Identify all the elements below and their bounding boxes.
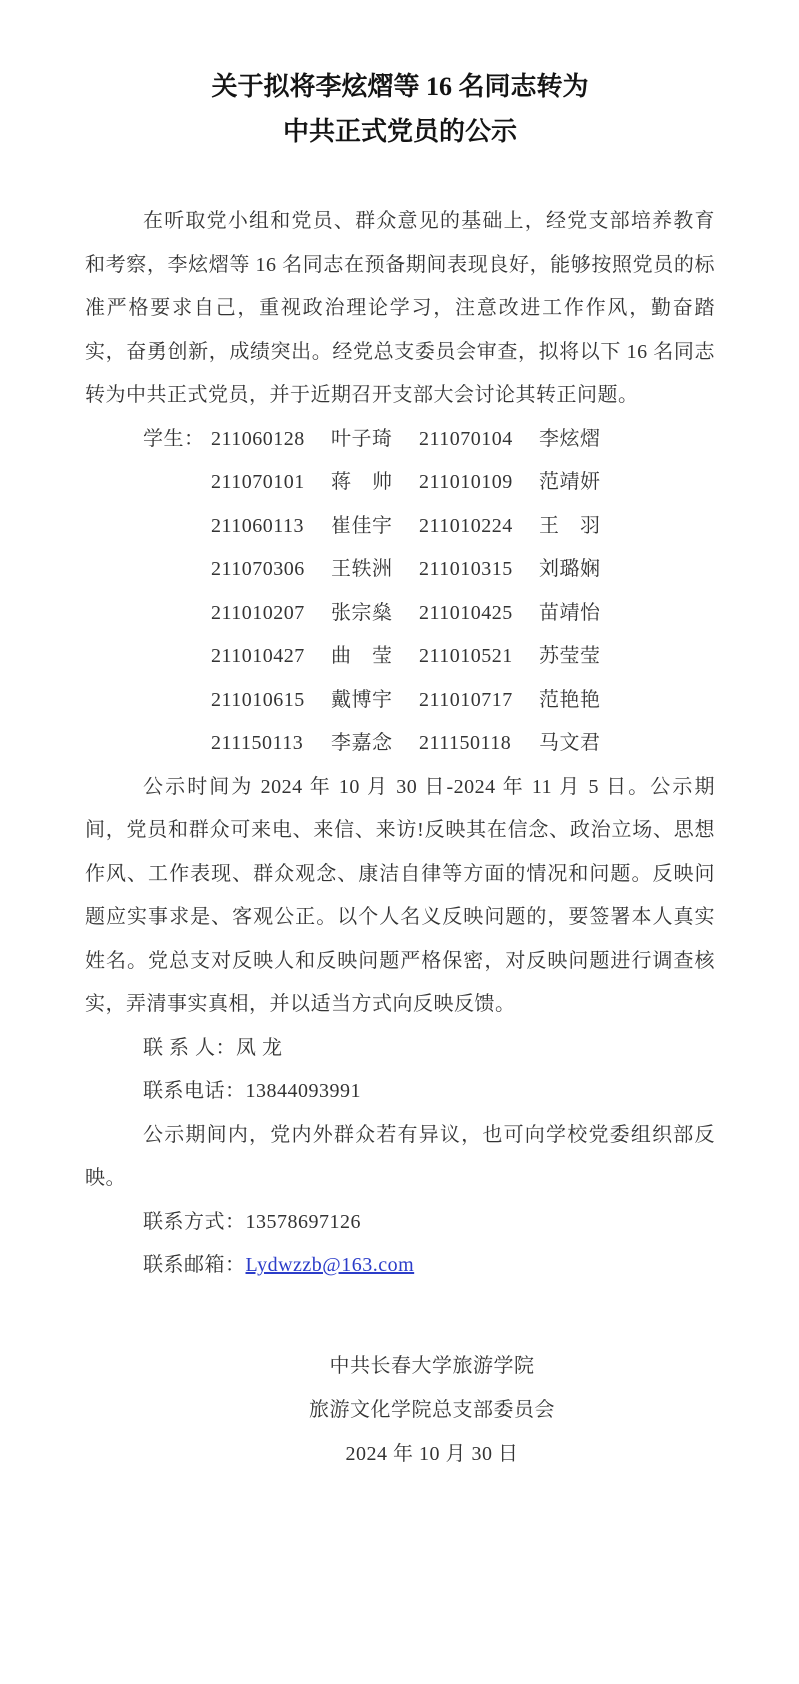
student-id: 211060128 [211, 418, 331, 462]
student-list: 学生： 211060128 叶子琦 211070104 李炫熠 21107010… [143, 418, 715, 766]
student-id: 211010425 [419, 592, 539, 636]
contact-person-line: 联 系 人：凤 龙 [143, 1027, 715, 1071]
student-name: 苗靖怡 [539, 592, 715, 636]
student-row: 211070101 蒋 帅 211010109 范靖妍 [143, 461, 715, 505]
signature-date: 2024 年 10 月 30 日 [309, 1432, 555, 1476]
notice-document-page: 关于拟将李炫熠等 16 名同志转为 中共正式党员的公示 在听取党小组和党员、群众… [0, 0, 799, 1684]
student-name: 李炫熠 [539, 418, 715, 462]
contact-alt-value: 13578697126 [246, 1211, 362, 1233]
notice-period-paragraph: 公示时间为 2024 年 10 月 30 日-2024 年 11 月 5 日。公… [85, 766, 715, 1027]
student-name: 范靖妍 [539, 461, 715, 505]
student-id: 211010224 [419, 505, 539, 549]
student-row: 211010427 曲 莹 211010521 苏莹莹 [143, 635, 715, 679]
student-name: 苏莹莹 [539, 635, 715, 679]
signature-org-line-1: 中共长春大学旅游学院 [309, 1344, 555, 1388]
signature-block: 中共长春大学旅游学院 旅游文化学院总支部委员会 2024 年 10 月 30 日 [309, 1344, 555, 1476]
contact-alt-line: 联系方式：13578697126 [143, 1201, 715, 1245]
student-id: 211150118 [419, 722, 539, 766]
contact-email-line: 联系邮箱：Lydwzzb@163.com [143, 1244, 715, 1288]
student-id: 211070101 [211, 461, 331, 505]
student-id: 211070306 [211, 548, 331, 592]
intro-paragraph: 在听取党小组和党员、群众意见的基础上，经党支部培养教育和考察，李炫熠等 16 名… [85, 200, 715, 418]
student-name: 刘璐娴 [539, 548, 715, 592]
student-name: 戴博宇 [331, 679, 419, 723]
student-id: 211010615 [211, 679, 331, 723]
student-id: 211010427 [211, 635, 331, 679]
signature-org-line-2: 旅游文化学院总支部委员会 [309, 1388, 555, 1432]
contact-phone-label: 联系电话： [143, 1080, 246, 1102]
student-id: 211010717 [419, 679, 539, 723]
student-name: 叶子琦 [331, 418, 419, 462]
student-name: 范艳艳 [539, 679, 715, 723]
student-name: 马文君 [539, 722, 715, 766]
student-id: 211010109 [419, 461, 539, 505]
student-row: 211070306 王轶洲 211010315 刘璐娴 [143, 548, 715, 592]
student-id: 211060113 [211, 505, 331, 549]
student-name: 王 羽 [539, 505, 715, 549]
contact-phone-line: 联系电话：13844093991 [143, 1070, 715, 1114]
student-name: 崔佳宇 [331, 505, 419, 549]
student-id: 211010315 [419, 548, 539, 592]
email-link[interactable]: Lydwzzb@163.com [246, 1254, 415, 1276]
student-id: 211010521 [419, 635, 539, 679]
student-name: 王轶洲 [331, 548, 419, 592]
objection-paragraph: 公示期间内，党内外群众若有异议，也可向学校党委组织部反映。 [85, 1114, 715, 1201]
student-row: 学生： 211060128 叶子琦 211070104 李炫熠 [143, 418, 715, 462]
student-name: 李嘉念 [331, 722, 419, 766]
student-name: 张宗燊 [331, 592, 419, 636]
student-name: 曲 莹 [331, 635, 419, 679]
contact-alt-label: 联系方式： [143, 1211, 246, 1233]
student-row: 211010615 戴博宇 211010717 范艳艳 [143, 679, 715, 723]
contact-phone-value: 13844093991 [246, 1080, 362, 1102]
student-row: 211010207 张宗燊 211010425 苗靖怡 [143, 592, 715, 636]
title-line-1: 关于拟将李炫熠等 16 名同志转为 [85, 64, 715, 109]
student-id: 211150113 [211, 722, 331, 766]
title-line-2: 中共正式党员的公示 [85, 109, 715, 154]
student-row: 211060113 崔佳宇 211010224 王 羽 [143, 505, 715, 549]
student-name: 蒋 帅 [331, 461, 419, 505]
student-id: 211070104 [419, 418, 539, 462]
contact-email-label: 联系邮箱： [143, 1254, 246, 1276]
page-title: 关于拟将李炫熠等 16 名同志转为 中共正式党员的公示 [85, 64, 715, 154]
student-row: 211150113 李嘉念 211150118 马文君 [143, 722, 715, 766]
student-list-label: 学生： [143, 418, 211, 462]
student-id: 211010207 [211, 592, 331, 636]
